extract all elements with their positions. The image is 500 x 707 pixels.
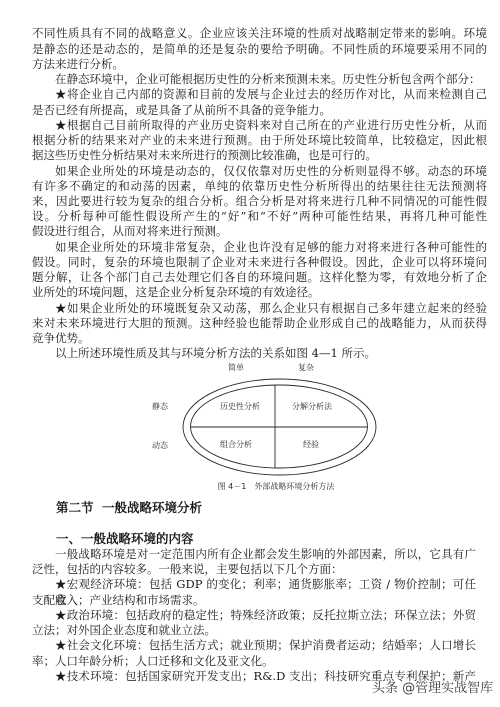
cell-historical-analysis: 历史性分析 <box>200 402 280 412</box>
subsection-title: 一、一般战略环境的内容 <box>56 532 194 546</box>
paragraph-static-environment: 在静态环境中，企业可能根据历史性的分析来预测未来。历史性分析包含两个部分： <box>32 72 487 87</box>
paragraph-continuation: 不同性质具有不同的战略意义。企业应该关注环境的性质对战略制定带来的影响。环境 是… <box>32 26 487 72</box>
paragraph-complex-environment: 如果企业所处的环境非常复杂，企业也许没有足够的能力对将来进行各种可能性的 假设。… <box>32 240 487 301</box>
text-line: 方法来进行分析。 <box>32 57 487 72</box>
text-line: ★根据自己目前所取得的产业历史资料来对自己所在的产业进行历史性分析，从而 <box>32 118 487 133</box>
bullet-paragraph-complex-dynamic: ★如果企业所处的环境既复杂又动荡，那么企业只有根据自己多年建立起来的经验 来对未… <box>32 301 487 347</box>
text-line: 来，因此要进行较为复杂的组合分析。组合分析是对将来进行几种不同情况的可能性假 <box>32 194 487 209</box>
text-line: 如果企业所处的环境非常复杂，企业也许没有足够的能力对将来进行各种可能性的 <box>32 240 487 255</box>
watermark: 头条 @管理实战智库 <box>372 681 493 697</box>
cell-experience: 经验 <box>271 440 351 450</box>
text-line: ★将企业自己内部的资源和目前的发展与企业过去的经历作对比，从而来检测自己 <box>32 87 487 102</box>
text-line: ★宏观经济环境：包括 GDP 的变化；利率；通货膨胀率；工资 / 物价控制；可任… <box>32 577 476 592</box>
text-line: 一般战略环境是对一定范围内所有企业都会发生影响的外部因素，所以，它具有广 <box>32 547 476 562</box>
cell-combination-analysis: 组合分析 <box>196 440 276 450</box>
text-line: 来对未来环境进行大胆的预测。这种经验也能帮助企业形成自己的战略能力，从而获得 <box>32 316 487 331</box>
column-label-simple: 简单 <box>196 363 276 373</box>
text-line: 业所处的环境问题，这是企业分析复杂环境的有效途径。 <box>32 285 487 300</box>
text-line: 据这些历史性分析结果对未来所进行的预测比较准确，也是可行的。 <box>32 148 487 163</box>
bullet-paragraph-political: ★政治环境：包括政府的稳定性；特殊经济政策；反托拉斯立法；环保立法；外贸 立法；… <box>32 608 476 638</box>
figure-environment-analysis-matrix: 简单 复杂 静态 动态 历史性分析 分解分析法 组合分析 经验 图 4－1 外部… <box>140 360 390 495</box>
cell-decomposition-analysis: 分解分析法 <box>272 402 352 412</box>
text-line: 题分解，让各个部门自己去处理它们各自的环境问题。这样化整为零，有效地分析了企 <box>32 270 487 285</box>
figure-caption: 图 4－1 外部战略环境分析方法 <box>216 482 336 492</box>
text-line: 有许多不确定的和动荡的因素，单纯的依靠历史性分析所得出的结果往往无法预测将 <box>32 179 487 194</box>
column-label-complex: 复杂 <box>266 363 346 373</box>
section-1-body: 不同性质具有不同的战略意义。企业应该关注环境的性质对战略制定带来的影响。环境 是… <box>32 26 487 361</box>
text-line: ★社会文化环境：包括生活方式；就业预期；保护消费者运动；结婚率；人口增长 <box>32 638 476 653</box>
text-line: 是否已经有所提高，或是具备了从前所不具备的竞争能力。 <box>32 103 487 118</box>
text-line: 是静态的还是动态的，是简单的还是复杂的要给予明确。不同性质的环境要采用不同的 <box>32 42 487 57</box>
text-line: 根据分析的结果来对产业的未来进行预测。由于所处环境比较简单，比较稳定，因此根 <box>32 133 487 148</box>
text-line: 率；人口年龄分析；人口迁移和文化及亚文化。 <box>32 654 476 669</box>
ellipse-matrix-diagram <box>140 360 390 495</box>
section-title: 一般战略环境分析 <box>102 501 202 515</box>
text-line: 如果企业所处的环境是动态的，仅仅依靠对历史性的分析则显得不够。动态的环境 <box>32 164 487 179</box>
bullet-paragraph-industry-history: ★根据自己目前所取得的产业历史资料来对自己所在的产业进行历史性分析，从而 根据分… <box>32 118 487 164</box>
bullet-paragraph-internal-comparison: ★将企业自己内部的资源和目前的发展与企业过去的经历作对比，从而来检测自己 是否已… <box>32 87 487 117</box>
text-line: 不同性质具有不同的战略意义。企业应该关注环境的性质对战略制定带来的影响。环境 <box>32 26 487 41</box>
section-2-body: 一般战略环境是对一定范围内所有企业都会发生影响的外部因素，所以，它具有广 泛性，… <box>32 547 476 684</box>
section-number: 第二节 <box>56 501 94 515</box>
text-line: 支配收入；产业结构和市场需求。 <box>32 593 476 608</box>
document-page: 不同性质具有不同的战略意义。企业应该关注环境的性质对战略制定带来的影响。环境 是… <box>0 0 500 707</box>
paragraph-dynamic-environment: 如果企业所处的环境是动态的，仅仅依靠对历史性的分析则显得不够。动态的环境 有许多… <box>32 164 487 240</box>
text-line: 竞争优势。 <box>32 331 487 346</box>
bullet-paragraph-macroeconomic: ★宏观经济环境：包括 GDP 的变化；利率；通货膨胀率；工资 / 物价控制；可任… <box>32 577 476 607</box>
bullet-paragraph-sociocultural: ★社会文化环境：包括生活方式；就业预期；保护消费者运动；结婚率；人口增长 率；人… <box>32 638 476 668</box>
text-line: ★政治环境：包括政府的稳定性；特殊经济政策；反托拉斯立法；环保立法；外贸 <box>32 608 476 623</box>
text-line: ★如果企业所处的环境既复杂又动荡，那么企业只有根据自己多年建立起来的经验 <box>32 301 487 316</box>
text-line: 设。分析每种可能性假设所产生的“好”和“不好”两种可能性结果，再将几种可能性 <box>32 209 487 224</box>
text-line: 在静态环境中，企业可能根据历史性的分析来预测未来。历史性分析包含两个部分： <box>32 72 487 87</box>
text-line: 立法；对外国企业态度和就业立法。 <box>32 623 476 638</box>
paragraph-general-environment-intro: 一般战略环境是对一定范围内所有企业都会发生影响的外部因素，所以，它具有广 泛性，… <box>32 547 476 577</box>
row-label-static: 静态 <box>120 402 200 412</box>
text-line: 假设。同时，复杂的环境也限制了企业对未来进行各种假设。因此，企业可以将环境问 <box>32 255 487 270</box>
text-line: 假设进行组合，从而对将来进行预测。 <box>32 224 487 239</box>
inner-ellipse <box>191 385 368 468</box>
row-label-dynamic: 动态 <box>120 441 200 451</box>
text-line: 泛性，包括的内容较多。一般来说，主要包括以下几个方面： <box>32 562 476 577</box>
